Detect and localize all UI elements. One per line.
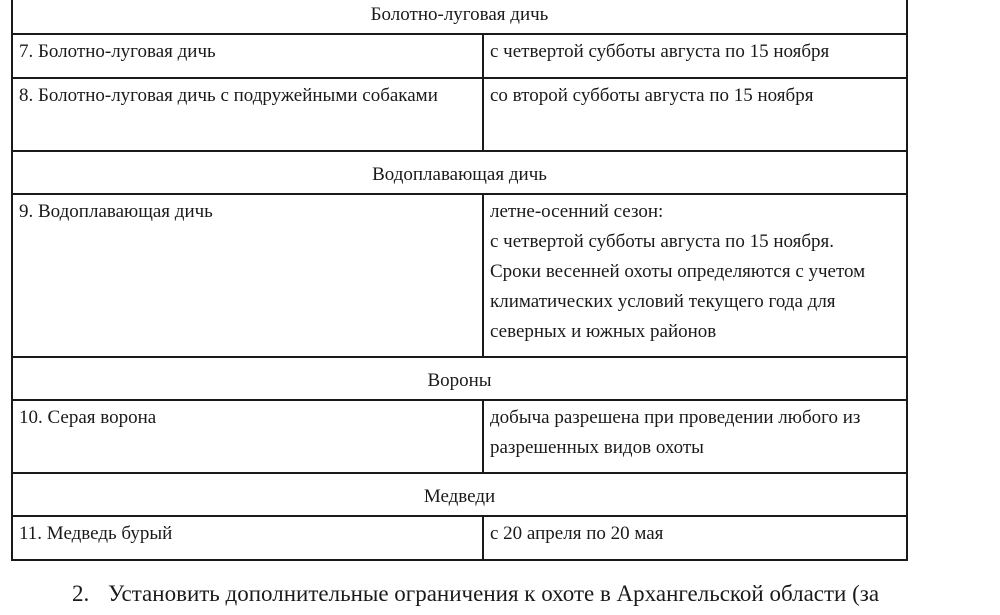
numbered-paragraph: 2.Установить дополнительные ограничения …: [72, 578, 879, 610]
table-row: 10. Серая ворона добыча разрешена при пр…: [12, 400, 907, 473]
section-header-row: Вороны: [12, 357, 907, 400]
paragraph-number: 2.: [72, 578, 108, 610]
section-title: Вороны: [12, 357, 907, 400]
hunting-seasons-table: Болотно-луговая дичь 7. Болотно-луговая …: [11, 0, 908, 561]
period-line: с четвертой субботы августа по 15 ноября…: [490, 227, 900, 257]
period-line: Сроки весенней охоты определяются с учет…: [490, 257, 900, 347]
period-cell: со второй субботы августа по 15 ноября: [483, 78, 907, 151]
species-cell: 9. Водоплавающая дичь: [12, 194, 483, 357]
table-row: 11. Медведь бурый с 20 апреля по 20 мая: [12, 516, 907, 560]
section-header-row: Медведи: [12, 473, 907, 516]
table-row: 8. Болотно-луговая дичь с подружейными с…: [12, 78, 907, 151]
table-row: 7. Болотно-луговая дичь с четвертой субб…: [12, 34, 907, 78]
period-cell: с четвертой субботы августа по 15 ноября: [483, 34, 907, 78]
species-cell: 10. Серая ворона: [12, 400, 483, 473]
period-line: летне-осенний сезон:: [490, 197, 900, 227]
paragraph-text: Установить дополнительные ограничения к …: [108, 581, 879, 606]
section-header-row: Водоплавающая дичь: [12, 151, 907, 194]
section-header-row: Болотно-луговая дичь: [12, 0, 907, 34]
species-cell: 8. Болотно-луговая дичь с подружейными с…: [12, 78, 483, 151]
section-title: Водоплавающая дичь: [12, 151, 907, 194]
section-title: Медведи: [12, 473, 907, 516]
period-cell: добыча разрешена при проведении любого и…: [483, 400, 907, 473]
species-cell: 7. Болотно-луговая дичь: [12, 34, 483, 78]
table-row: 9. Водоплавающая дичь летне-осенний сезо…: [12, 194, 907, 357]
period-cell: с 20 апреля по 20 мая: [483, 516, 907, 560]
section-title: Болотно-луговая дичь: [12, 0, 907, 34]
period-cell: летне-осенний сезон: с четвертой субботы…: [483, 194, 907, 357]
species-cell: 11. Медведь бурый: [12, 516, 483, 560]
